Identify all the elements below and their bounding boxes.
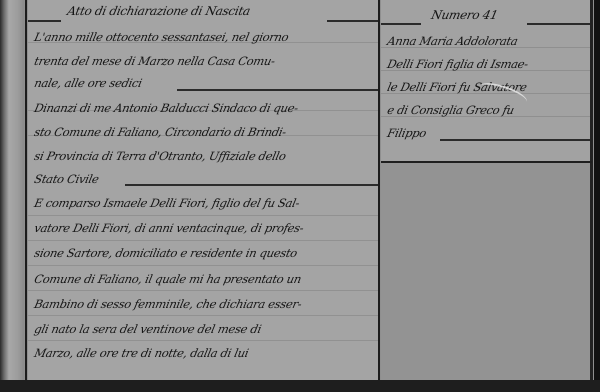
handwritten-line: trenta del mese di Marzo nella Casa Comu… bbox=[33, 54, 276, 68]
right-frame-line bbox=[590, 0, 593, 382]
ruling-line bbox=[28, 290, 378, 291]
binding-margin bbox=[0, 0, 24, 392]
handwritten-line: L'anno mille ottocento sessantasei, nel … bbox=[33, 30, 290, 44]
bottom-frame-edge bbox=[0, 380, 600, 392]
handwritten-line: Marzo, alle ore tre di notte, dalla di l… bbox=[33, 346, 250, 360]
handwritten-line: Comune di Faliano, il quale mi ha presen… bbox=[33, 272, 303, 286]
handwritten-line: Stato Civile bbox=[33, 172, 100, 186]
declaration-title: Atto di dichiarazione di Nascita bbox=[66, 4, 251, 18]
right-frame-edge bbox=[594, 0, 600, 392]
title-rule-left bbox=[28, 20, 61, 22]
left-frame-line bbox=[25, 0, 27, 382]
handwritten-line: sto Comune di Faliano, Circondario di Br… bbox=[33, 125, 287, 139]
handwritten-line: e di Consiglia Greco fu bbox=[386, 103, 515, 117]
registry-number: Numero 41 bbox=[430, 8, 499, 22]
child-name-line: Anna Maria Addolorata bbox=[386, 34, 519, 48]
handwritten-line: vatore Delli Fiori, di anni ventacinque,… bbox=[33, 221, 305, 235]
handwritten-line: sione Sartore, domiciliato e residente i… bbox=[33, 246, 299, 260]
handwritten-line: Delli Fiori figlia di Ismae- bbox=[386, 57, 529, 71]
handwritten-line: Bambino di sesso femminile, che dichiara… bbox=[33, 297, 303, 311]
column-divider bbox=[378, 0, 380, 382]
title-rule-right bbox=[327, 20, 378, 22]
ruling-line bbox=[28, 315, 378, 316]
section-divider-2 bbox=[125, 184, 378, 186]
handwritten-line: gli nato la sera del ventinove del mese … bbox=[33, 322, 263, 336]
entry-end-rule bbox=[440, 139, 590, 141]
ruling-line bbox=[28, 240, 378, 241]
empty-notes-area bbox=[381, 162, 592, 380]
number-rule-left bbox=[381, 23, 421, 25]
right-section-divider bbox=[381, 161, 592, 163]
handwritten-line: Dinanzi di me Antonio Balducci Sindaco d… bbox=[33, 101, 299, 115]
handwritten-line: si Provincia di Terra d'Otranto, Uffizia… bbox=[33, 149, 287, 163]
ruling-line bbox=[28, 215, 378, 216]
section-divider-1 bbox=[177, 89, 378, 91]
ruling-line bbox=[28, 265, 378, 266]
register-page-scan: Atto di dichiarazione di Nascita L'anno … bbox=[0, 0, 600, 392]
number-rule-right bbox=[527, 23, 590, 25]
ruling-line bbox=[28, 340, 378, 341]
handwritten-line: Filippo bbox=[386, 126, 428, 140]
handwritten-line: E comparso Ismaele Delli Fiori, figlio d… bbox=[33, 196, 301, 210]
handwritten-line: nale, alle ore sedici bbox=[33, 76, 143, 90]
